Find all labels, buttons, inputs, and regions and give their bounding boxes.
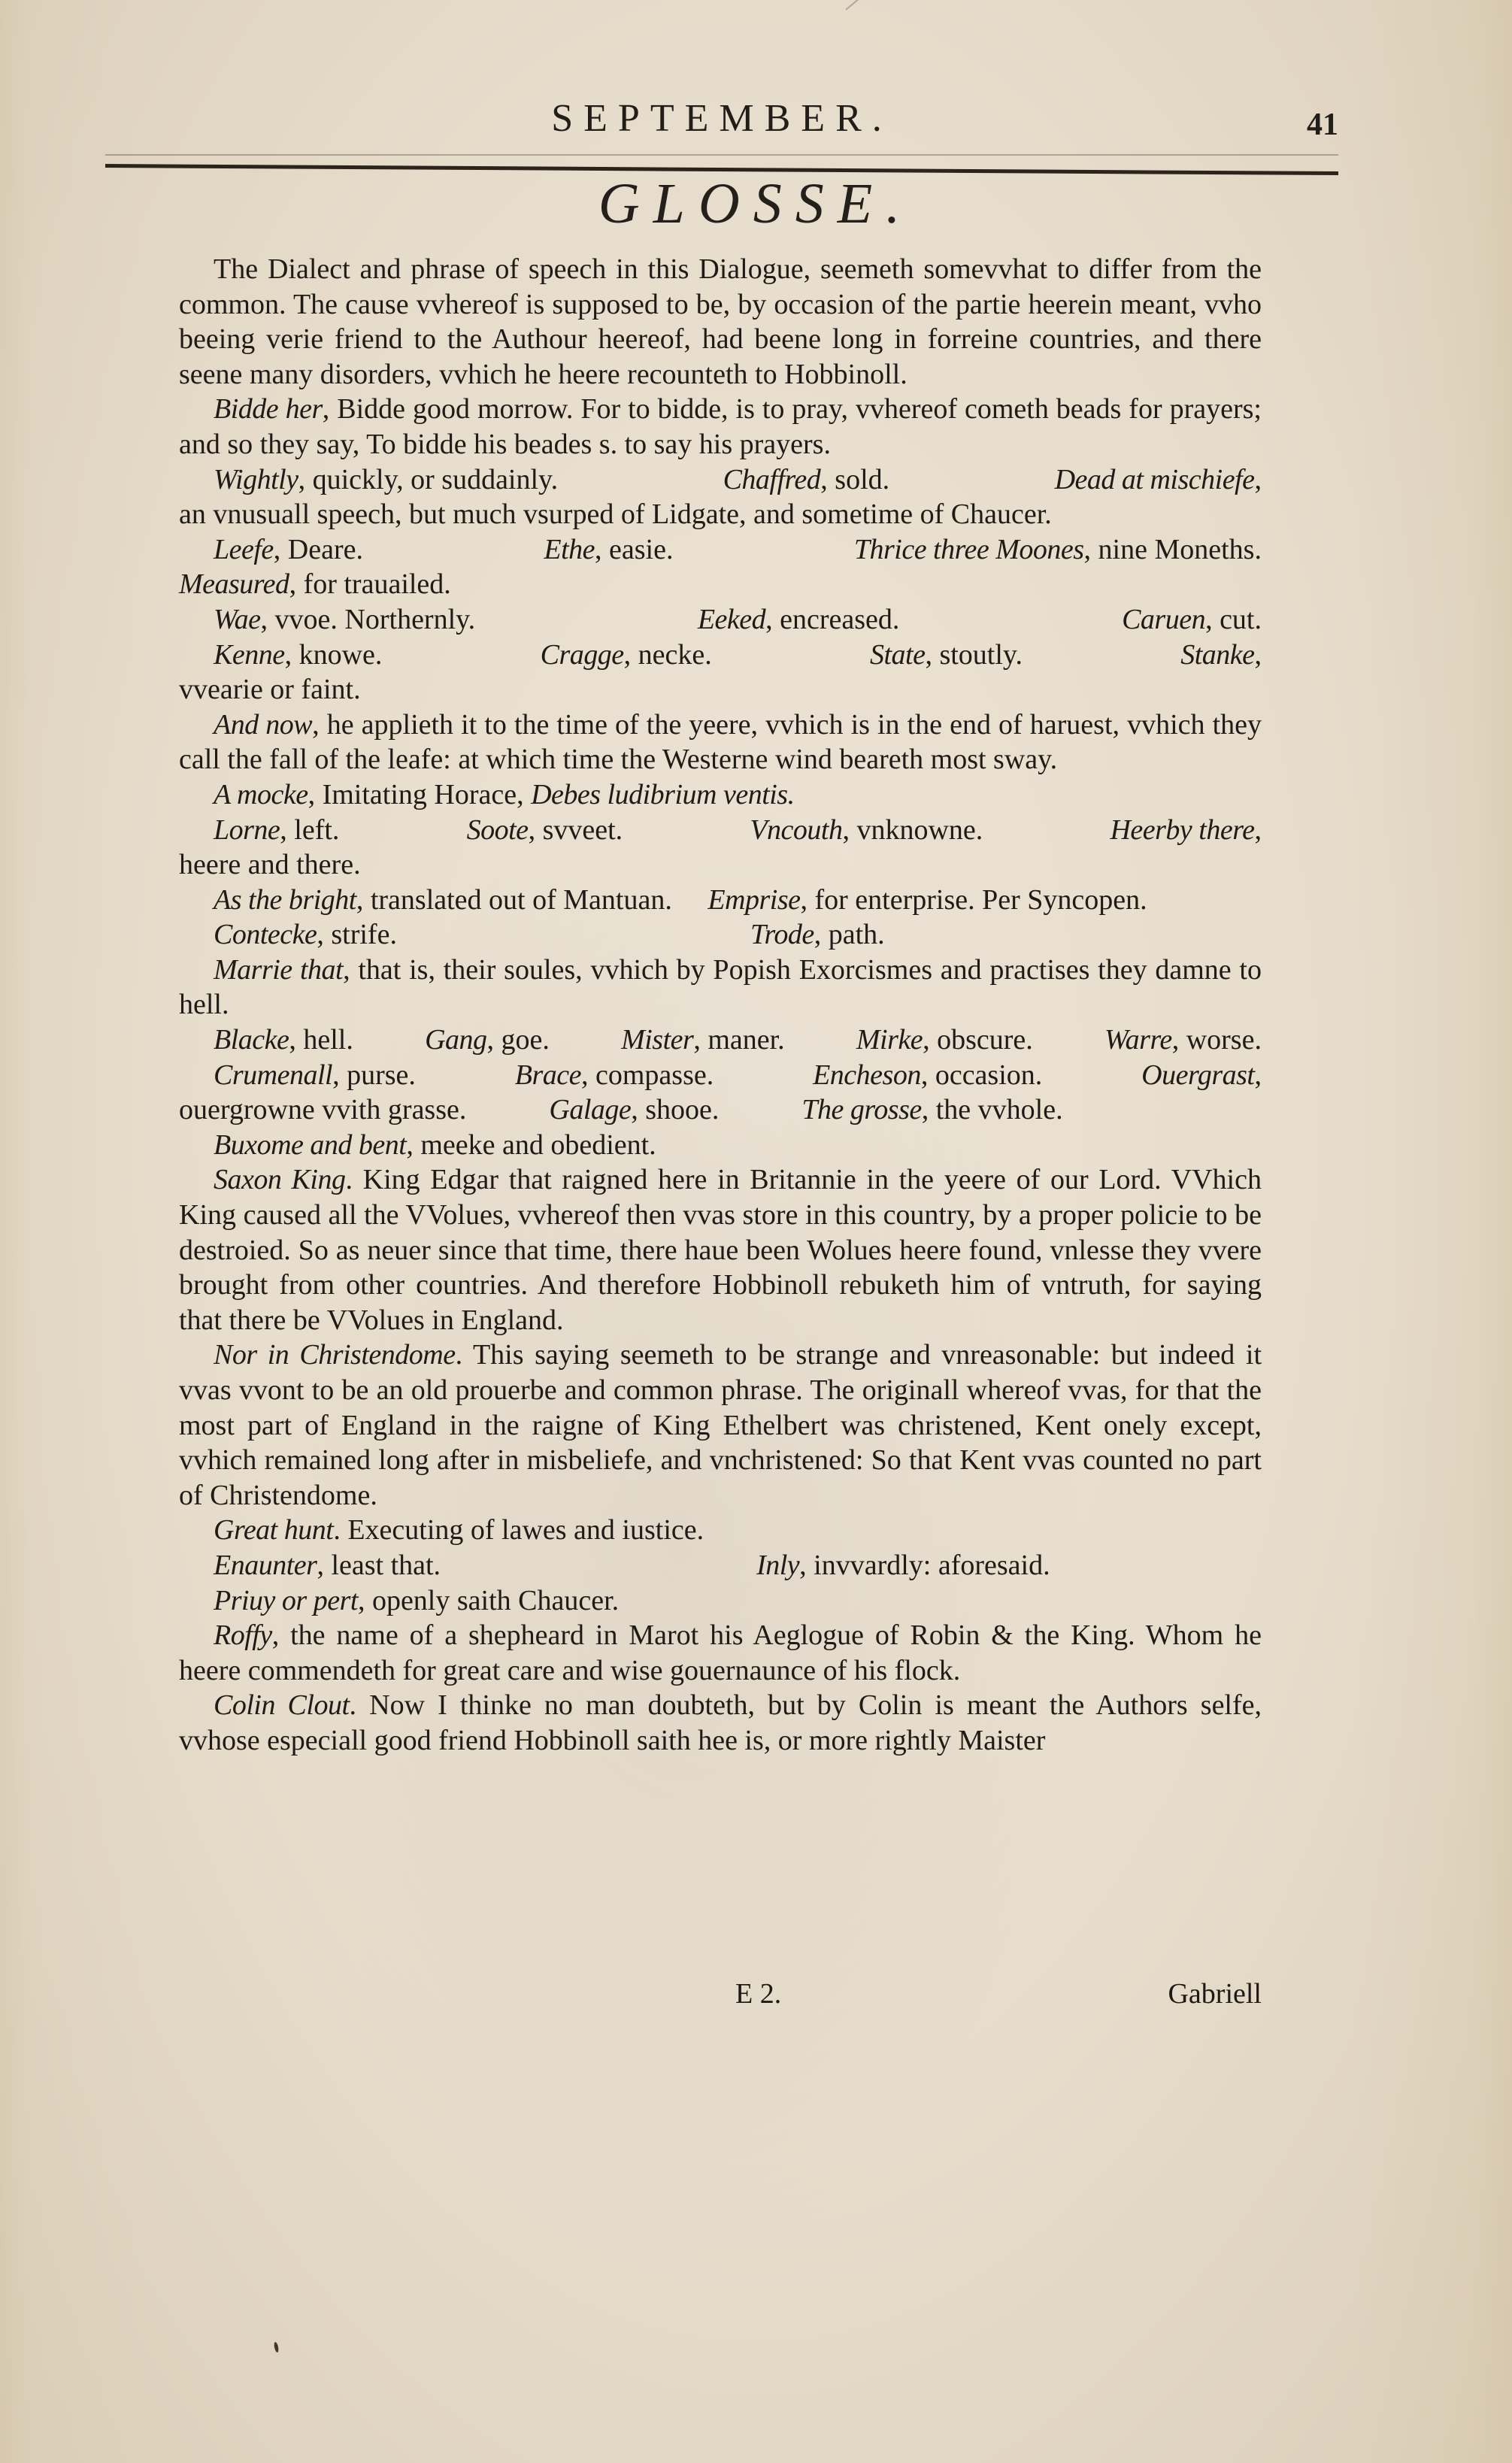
gloss-term: And now <box>214 709 312 741</box>
gloss-term: Great hunt <box>214 1514 333 1546</box>
gloss-definition: , stoutly. <box>925 639 1023 671</box>
gloss-entry: And now, he applieth it to the time of t… <box>179 707 1262 777</box>
header-rule-thin <box>105 154 1338 156</box>
gloss-row: Lorne, left. Soote, svveet. Vncouth, vnk… <box>179 813 1262 848</box>
gloss-term: Galage <box>549 1094 631 1125</box>
pencil-mark <box>845 0 886 11</box>
gloss-term: The grosse <box>801 1094 921 1125</box>
gloss-term: Cragge <box>541 639 624 671</box>
gloss-entry: A mocke, Imitating Horace, Debes ludibri… <box>179 777 1262 813</box>
gloss-term: Thrice three Moones <box>854 534 1084 565</box>
gloss-definition: , Bidde good morrow. For to bidde, is to… <box>179 393 1262 460</box>
gloss-definition: , goe. <box>487 1024 550 1056</box>
gloss-term: Colin Clout <box>214 1689 350 1721</box>
gloss-term: Leefe <box>214 534 274 565</box>
gloss-definition: , <box>1254 1059 1262 1091</box>
gloss-term: Buxome and bent <box>214 1129 406 1161</box>
gloss-definition: , the name of a shepheard in Marot his A… <box>179 1619 1262 1686</box>
gloss-body: The Dialect and phrase of speech in this… <box>179 252 1262 1759</box>
gloss-entry: Ethe, easie. <box>544 532 673 568</box>
gloss-continuation: heere and there. <box>179 847 1262 883</box>
gloss-definition: , compasse. <box>581 1059 714 1091</box>
gloss-entry: Buxome and bent, meeke and obedient. <box>179 1128 1262 1163</box>
gloss-term: Emprise <box>708 884 800 916</box>
gloss-definition: , necke. <box>624 639 712 671</box>
gloss-definition: , nine Moneths. <box>1084 534 1262 565</box>
gloss-entry: Gang, goe. <box>425 1022 550 1058</box>
gloss-entry: Thrice three Moones, nine Moneths. <box>854 532 1262 568</box>
gloss-definition: , strife. <box>317 919 397 950</box>
gloss-row: Contecke, strife. Trode, path. <box>179 917 1262 953</box>
ink-speck <box>274 2342 280 2353</box>
gloss-entry: Chaffred, sold. <box>723 462 890 498</box>
gloss-term: Bidde her <box>214 393 323 425</box>
gloss-row: Wightly, quickly, or suddainly. Chaffred… <box>179 462 1262 498</box>
gloss-definition: , svveet. <box>529 814 623 846</box>
gloss-term: Stanke <box>1180 639 1254 671</box>
gloss-term: Lorne <box>214 814 280 846</box>
gloss-definition: , left. <box>280 814 339 846</box>
gloss-term: Heerby there <box>1110 814 1254 846</box>
gloss-entry: Mirke, obscure. <box>856 1022 1033 1058</box>
gloss-row: Wae, vvoe. Northernly. Eeked, encreased.… <box>179 602 1262 638</box>
gloss-term: Brace <box>515 1059 581 1091</box>
gloss-entry: Leefe, Deare. <box>214 532 363 568</box>
gloss-term: A mocke <box>214 779 308 810</box>
gloss-entry: Trode, path. <box>750 917 885 953</box>
gloss-definition: , <box>1254 639 1262 671</box>
gloss-term: Wae <box>214 604 261 635</box>
gloss-entry: Inly, invvardly: aforesaid. <box>756 1548 1050 1583</box>
gloss-row: Crumenall, purse. Brace, compasse. Enche… <box>179 1058 1262 1093</box>
gloss-definition: , for enterprise. Per Syncopen. <box>801 884 1147 916</box>
running-title: SEPTEMBER. <box>481 96 962 141</box>
gloss-entry: Marrie that, that is, their soules, vvhi… <box>179 953 1262 1022</box>
gloss-term: Measured <box>179 568 289 600</box>
intro-paragraph: The Dialect and phrase of speech in this… <box>179 252 1262 392</box>
gloss-definition: , he applieth it to the time of the yeer… <box>179 709 1262 776</box>
gloss-definition: ouergrowne vvith grasse. <box>179 1094 466 1125</box>
gloss-definition: , quickly, or suddainly. <box>298 464 558 495</box>
gloss-definition: , purse. <box>332 1059 416 1091</box>
gloss-term: Contecke <box>214 919 317 950</box>
gloss-definition: , path. <box>814 919 885 950</box>
gloss-entry: Brace, compasse. <box>515 1058 714 1093</box>
gloss-term: Nor in Christendome <box>214 1339 456 1371</box>
gloss-term: Marrie that <box>214 954 343 986</box>
gloss-entry: Saxon King. King Edgar that raigned here… <box>179 1162 1262 1338</box>
gloss-term: Dead at mischiefe <box>1055 464 1255 495</box>
gloss-row: Enaunter, least that. Inly, invvardly: a… <box>179 1548 1262 1583</box>
gloss-entry: Warre, worse. <box>1104 1022 1262 1058</box>
gloss-entry: Priuy or pert, openly saith Chaucer. <box>179 1583 1262 1619</box>
gloss-continuation: ouergrowne vvith grasse. <box>179 1092 466 1128</box>
gloss-definition: , for trauailed. <box>289 568 451 600</box>
gloss-term: Soote <box>467 814 529 846</box>
gloss-entry: Bidde her, Bidde good morrow. For to bid… <box>179 392 1262 462</box>
gloss-definition: , vnknowne. <box>842 814 983 846</box>
gloss-term: Saxon King <box>214 1164 345 1195</box>
gloss-entry: Wae, vvoe. Northernly. <box>214 602 475 638</box>
gloss-term: Ethe <box>544 534 595 565</box>
gloss-term: Blacke <box>214 1024 289 1056</box>
gloss-definition: , meeke and obedient. <box>406 1129 656 1161</box>
gloss-definition: , the vvhole. <box>922 1094 1063 1125</box>
gloss-entry: Enaunter, least that. <box>214 1548 441 1583</box>
gloss-entry: Stanke, <box>1180 638 1262 673</box>
gloss-definition: , vvoe. Northernly. <box>261 604 476 635</box>
gloss-definition: , Deare. <box>274 534 363 565</box>
gloss-entry: Wightly, quickly, or suddainly. <box>214 462 558 498</box>
gloss-term: Eeked <box>698 604 765 635</box>
gloss-entry: As the bright, translated out of Mantuan… <box>179 883 1262 918</box>
gloss-term: Enaunter <box>214 1550 317 1581</box>
gloss-definition: , sold. <box>820 464 889 495</box>
gloss-continuation: vvearie or faint. <box>179 672 1262 707</box>
catchword: Gabriell <box>1168 1977 1262 2010</box>
gloss-term: As the bright <box>214 884 356 916</box>
gloss-term: Mister <box>621 1024 693 1056</box>
gloss-entry: Crumenall, purse. <box>214 1058 416 1093</box>
gloss-definition: , hell. <box>289 1024 353 1056</box>
gloss-term: Chaffred <box>723 464 821 495</box>
gloss-term: Inly <box>756 1550 799 1581</box>
gloss-entry: Eeked, encreased. <box>698 602 900 638</box>
section-title: GLOSSE. <box>0 171 1512 237</box>
gloss-term: Trode <box>750 919 814 950</box>
gloss-definition: , shooe. <box>631 1094 719 1125</box>
gloss-term: Ouergrast <box>1141 1059 1254 1091</box>
gloss-entry: Galage, shooe. <box>549 1092 719 1128</box>
gloss-entry: Great hunt. Executing of lawes and iusti… <box>179 1513 1262 1548</box>
gloss-entry: Roffy, the name of a shepheard in Marot … <box>179 1618 1262 1688</box>
gloss-term: Wightly <box>214 464 298 495</box>
latin-quotation: Debes ludibrium ventis. <box>531 779 795 810</box>
gloss-term: Roffy <box>214 1619 272 1651</box>
gloss-entry: Nor in Christendome. This saying seemeth… <box>179 1338 1262 1513</box>
gloss-term: Kenne <box>214 639 285 671</box>
gloss-term: Caruen <box>1122 604 1205 635</box>
gloss-definition: , maner. <box>693 1024 784 1056</box>
gloss-definition: , <box>1254 814 1262 846</box>
gloss-entry: Cragge, necke. <box>541 638 712 673</box>
gloss-row: Leefe, Deare. Ethe, easie. Thrice three … <box>179 532 1262 568</box>
gloss-entry: Heerby there, <box>1110 813 1262 848</box>
gloss-term: Crumenall <box>214 1059 332 1091</box>
gloss-definition: . Executing of lawes and iustice. <box>333 1514 704 1546</box>
gloss-term: Vncouth <box>750 814 842 846</box>
gloss-term: Mirke <box>856 1024 923 1056</box>
gloss-definition: , encreased. <box>765 604 899 635</box>
gloss-entry: Kenne, knowe. <box>214 638 382 673</box>
book-page: SEPTEMBER. 41 GLOSSE. The Dialect and ph… <box>0 0 1512 2463</box>
gloss-definition: , openly saith Chaucer. <box>358 1585 619 1616</box>
gloss-definition: , cut. <box>1205 604 1262 635</box>
gloss-entry: Colin Clout. Now I thinke no man doubtet… <box>179 1688 1262 1758</box>
gloss-row: Blacke, hell. Gang, goe. Mister, maner. … <box>179 1022 1262 1058</box>
gloss-continuation: an vnusuall speech, but much vsurped of … <box>179 497 1262 532</box>
gloss-entry: Ouergrast, <box>1141 1058 1262 1093</box>
gloss-entry: Lorne, left. <box>214 813 339 848</box>
gloss-term: Gang <box>425 1024 486 1056</box>
gloss-definition: , invvardly: aforesaid. <box>799 1550 1050 1581</box>
gloss-definition: , <box>1254 464 1262 495</box>
gloss-entry: Soote, svveet. <box>467 813 623 848</box>
gloss-entry: Encheson, occasion. <box>813 1058 1042 1093</box>
page-number: 41 <box>1307 107 1338 143</box>
page-footer: E 2. Gabriell <box>179 1977 1262 2015</box>
gloss-definition: , least that. <box>317 1550 441 1581</box>
gloss-entry: Caruen, cut. <box>1122 602 1262 638</box>
gloss-entry: The grosse, the vvhole. <box>801 1092 1062 1128</box>
gloss-entry: Blacke, hell. <box>214 1022 353 1058</box>
gloss-entry: State, stoutly. <box>870 638 1023 673</box>
gloss-term: Priuy or pert <box>214 1585 358 1616</box>
gloss-entry: Measured, for trauailed. <box>179 567 1262 602</box>
gloss-definition: , Imitating Horace, <box>308 779 532 810</box>
gloss-entry: Dead at mischiefe, <box>1055 462 1262 498</box>
signature-mark: E 2. <box>735 1977 781 2010</box>
gloss-entry: Vncouth, vnknowne. <box>750 813 983 848</box>
gloss-term: State <box>870 639 925 671</box>
gloss-definition: , knowe. <box>285 639 383 671</box>
gloss-definition: , easie. <box>595 534 673 565</box>
gloss-term: Encheson <box>813 1059 921 1091</box>
gloss-row: ouergrowne vvith grasse. Galage, shooe. … <box>179 1092 1262 1128</box>
gloss-definition: , occasion. <box>921 1059 1042 1091</box>
gloss-entry: Mister, maner. <box>621 1022 785 1058</box>
gloss-row: Kenne, knowe. Cragge, necke. State, stou… <box>179 638 1262 673</box>
running-head: SEPTEMBER. 41 <box>105 96 1338 149</box>
gloss-entry: Contecke, strife. <box>214 917 397 953</box>
gloss-definition: , translated out of Mantuan. <box>356 884 672 916</box>
gloss-term: Warre <box>1104 1024 1172 1056</box>
gloss-definition: , obscure. <box>923 1024 1033 1056</box>
gloss-definition: , worse. <box>1172 1024 1262 1056</box>
